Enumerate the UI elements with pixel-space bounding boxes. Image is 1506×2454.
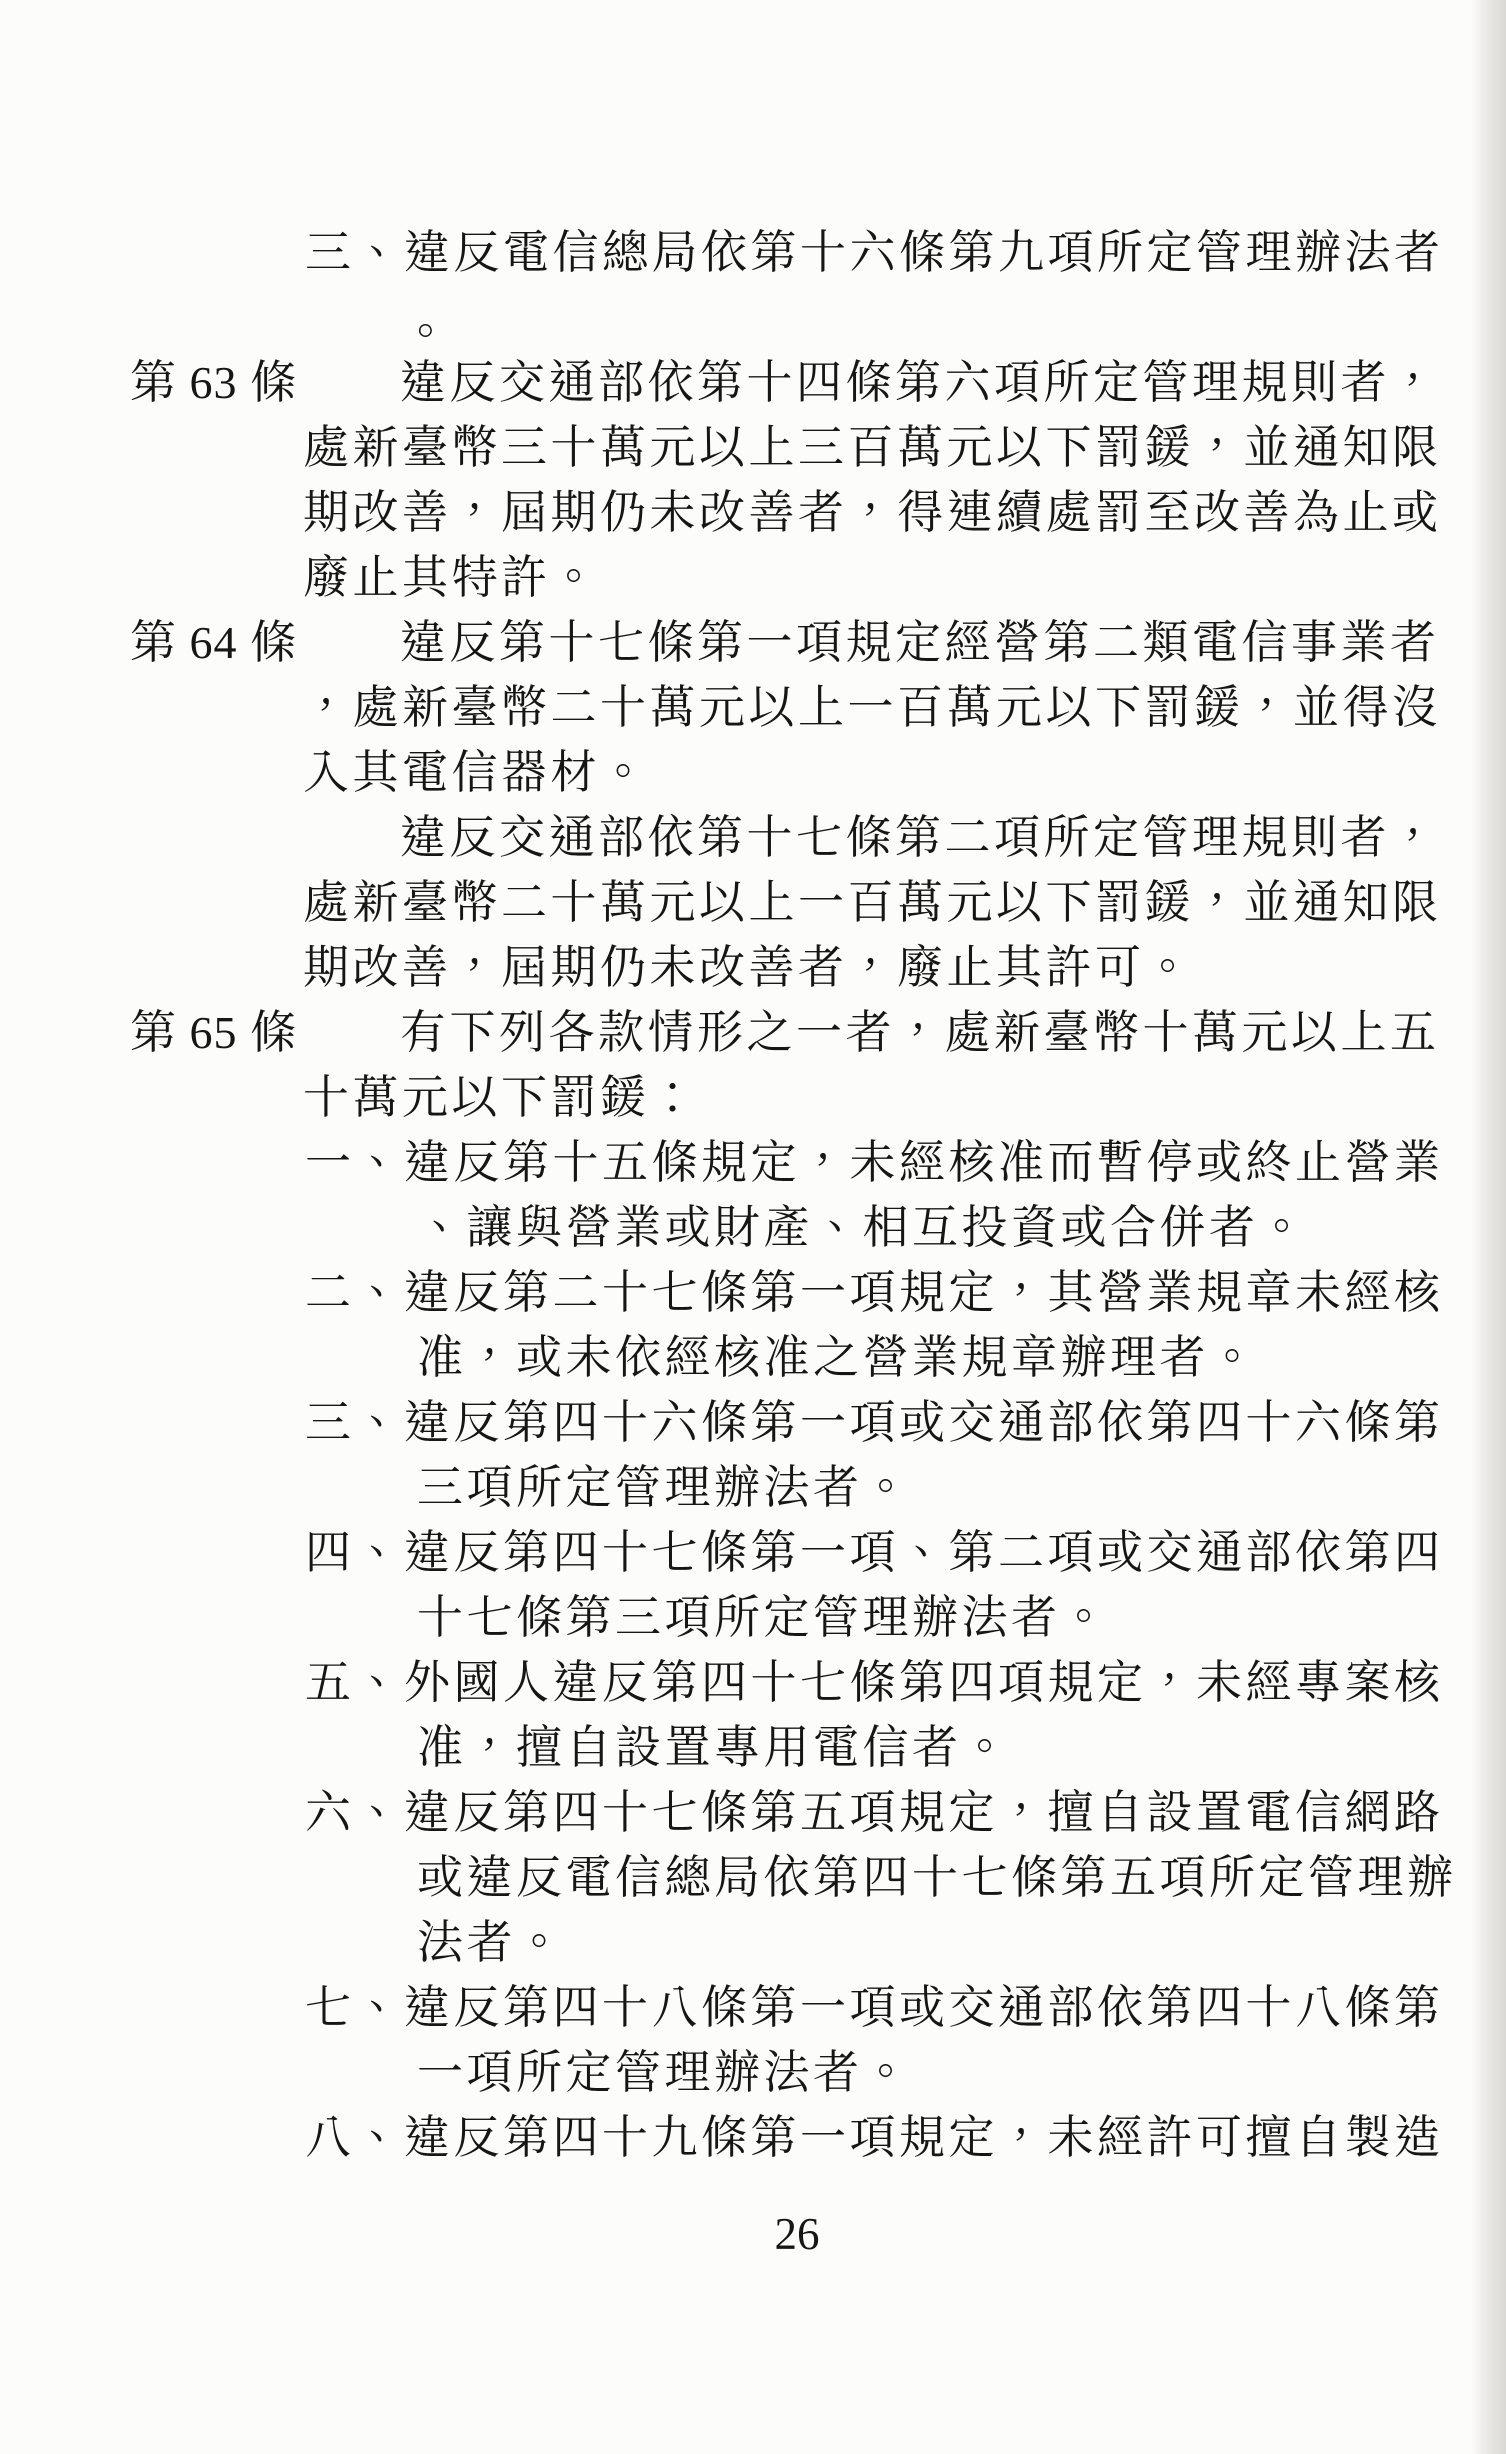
line-text: 二、違反第二十七條第一項規定，其營業規章未經核	[305, 1267, 1444, 1318]
line-text: 五、外國人違反第四十七條第四項規定，未經專案核	[305, 1657, 1444, 1708]
line-text: 准，或未依經核准之營業規章辦理者。	[417, 1332, 1259, 1383]
item-line: 三、違反第四十六條第一項或交通部依第四十六條第	[305, 1390, 1506, 1455]
line-text: 三、違反電信總局依第十六條第九項所定管理辦法者	[305, 227, 1444, 278]
item-continuation-line: 十七條第三項所定管理辦法者。	[417, 1585, 1506, 1650]
line-text: 八、違反第四十九條第一項規定，未經許可擅自製造	[305, 2112, 1444, 2163]
article-65-line: 第 65 條 有下列各款情形之一者，處新臺幣十萬元以上五	[130, 1000, 1506, 1065]
article-first-line-text: 違反第十七條第一項規定經營第二類電信事業者	[400, 610, 1440, 675]
article-64-line: 第 64 條 違反第十七條第一項規定經營第二類電信事業者	[130, 610, 1506, 675]
item-continuation-line: 、讓與營業或財產、相互投資或合併者。	[417, 1195, 1506, 1260]
line-text: 廢止其特許。	[303, 552, 600, 603]
item-line: 五、外國人違反第四十七條第四項規定，未經專案核	[305, 1650, 1506, 1715]
article-continuation-line: 期改善，屆期仍未改善者，得連續處罰至改善為止或	[303, 480, 1506, 545]
item-line: 一、違反第十五條規定，未經核准而暫停或終止營業	[305, 1130, 1506, 1195]
article-number-label: 第 64 條	[130, 610, 400, 675]
line-text: 處新臺幣三十萬元以上三百萬元以下罰鍰，並通知限	[303, 422, 1442, 473]
line-text: 。	[417, 292, 467, 343]
article-number-label: 第 63 條	[130, 350, 400, 415]
article-number-label: 第 65 條	[130, 1000, 400, 1065]
item-line: 二、違反第二十七條第一項規定，其營業規章未經核	[305, 1260, 1506, 1325]
line-text: 或違反電信總局依第四十七條第五項所定管理辦	[417, 1852, 1457, 1903]
item-line: 八、違反第四十九條第一項規定，未經許可擅自製造	[305, 2105, 1506, 2170]
article-63-line: 第 63 條 違反交通部依第十四條第六項所定管理規則者，	[130, 350, 1506, 415]
line-text: 處新臺幣二十萬元以上一百萬元以下罰鍰，並通知限	[303, 877, 1442, 928]
line-text: 四、違反第四十七條第一項、第二項或交通部依第四	[305, 1527, 1444, 1578]
article-continuation-line: 處新臺幣三十萬元以上三百萬元以下罰鍰，並通知限	[303, 415, 1506, 480]
item-continuation-line: 。	[417, 285, 1506, 350]
scanned-document-page: 三、違反電信總局依第十六條第九項所定管理辦法者 。 第 63 條 違反交通部依第…	[0, 0, 1506, 2454]
article-continuation-line: 廢止其特許。	[303, 545, 1506, 610]
item-continuation-line: 准，擅自設置專用電信者。	[417, 1715, 1506, 1780]
item-continuation-line: 或違反電信總局依第四十七條第五項所定管理辦	[417, 1845, 1506, 1910]
item-line: 六、違反第四十七條第五項規定，擅自設置電信網路	[305, 1780, 1506, 1845]
article-continuation-line: ，處新臺幣二十萬元以上一百萬元以下罰鍰，並得沒	[303, 675, 1506, 740]
item-line: 三、違反電信總局依第十六條第九項所定管理辦法者	[305, 220, 1506, 285]
line-text: 一項所定管理辦法者。	[417, 2047, 912, 2098]
article-first-line-text: 違反交通部依第十四條第六項所定管理規則者，	[400, 350, 1440, 415]
line-text: ，處新臺幣二十萬元以上一百萬元以下罰鍰，並得沒	[303, 682, 1442, 733]
item-line: 四、違反第四十七條第一項、第二項或交通部依第四	[305, 1520, 1506, 1585]
line-text: 三項所定管理辦法者。	[417, 1462, 912, 1513]
line-text: 三、違反第四十六條第一項或交通部依第四十六條第	[305, 1397, 1444, 1448]
paragraph-start-line: 違反交通部依第十七條第二項所定管理規則者，	[400, 805, 1506, 870]
law-text-body: 三、違反電信總局依第十六條第九項所定管理辦法者 。 第 63 條 違反交通部依第…	[0, 220, 1506, 2170]
line-text: 期改善，屆期仍未改善者，得連續處罰至改善為止或	[303, 487, 1442, 538]
article-continuation-line: 處新臺幣二十萬元以上一百萬元以下罰鍰，並通知限	[303, 870, 1506, 935]
line-text: 期改善，屆期仍未改善者，廢止其許可。	[303, 942, 1194, 993]
line-text: 入其電信器材。	[303, 747, 650, 798]
article-continuation-line: 十萬元以下罰鍰：	[303, 1065, 1506, 1130]
item-continuation-line: 三項所定管理辦法者。	[417, 1455, 1506, 1520]
line-text: 七、違反第四十八條第一項或交通部依第四十八條第	[305, 1982, 1444, 2033]
line-text: 十萬元以下罰鍰：	[303, 1072, 699, 1123]
line-text: 准，擅自設置專用電信者。	[417, 1722, 1011, 1773]
line-text: 六、違反第四十七條第五項規定，擅自設置電信網路	[305, 1787, 1444, 1838]
line-text: 一、違反第十五條規定，未經核准而暫停或終止營業	[305, 1137, 1444, 1188]
item-continuation-line: 一項所定管理辦法者。	[417, 2040, 1506, 2105]
line-text: 、讓與營業或財產、相互投資或合併者。	[417, 1202, 1308, 1253]
page-number: 26	[0, 2202, 1506, 2267]
line-text: 十七條第三項所定管理辦法者。	[417, 1592, 1110, 1643]
article-continuation-line: 期改善，屆期仍未改善者，廢止其許可。	[303, 935, 1506, 1000]
article-first-line-text: 有下列各款情形之一者，處新臺幣十萬元以上五	[400, 1000, 1440, 1065]
item-line: 七、違反第四十八條第一項或交通部依第四十八條第	[305, 1975, 1506, 2040]
line-text: 法者。	[417, 1917, 566, 1968]
line-text: 違反交通部依第十七條第二項所定管理規則者，	[400, 812, 1440, 863]
article-continuation-line: 入其電信器材。	[303, 740, 1506, 805]
item-continuation-line: 准，或未依經核准之營業規章辦理者。	[417, 1325, 1506, 1390]
item-continuation-line: 法者。	[417, 1910, 1506, 1975]
